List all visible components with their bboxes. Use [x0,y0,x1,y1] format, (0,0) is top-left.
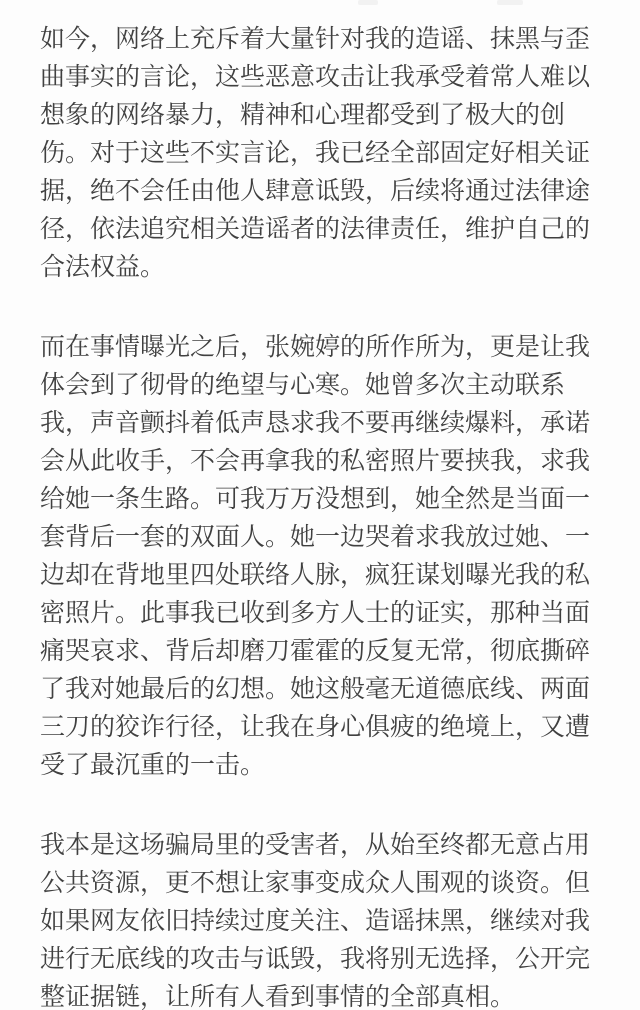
paragraph-betrayal-account: 而在事情曝光之后，张婉婷的所作所为，更是让我 体会到了彻骨的绝望与心寒。她曾多次… [40,328,604,784]
top-edge-text-remnant [358,0,378,5]
article-body: 如今，网络上充斥着大量针对我的造谣、抹黑与歪 曲事实的言论，这些恶意攻击让我承受… [40,20,604,1010]
top-edge-text-remnant [497,0,523,5]
paragraph-victim-warning: 我本是这场骗局里的受害者，从始至终都无意占用 公共资源，更不想让家事变成众人围观… [40,826,604,1010]
paragraph-defamation-statement: 如今，网络上充斥着大量针对我的造谣、抹黑与歪 曲事实的言论，这些恶意攻击让我承受… [40,20,604,286]
